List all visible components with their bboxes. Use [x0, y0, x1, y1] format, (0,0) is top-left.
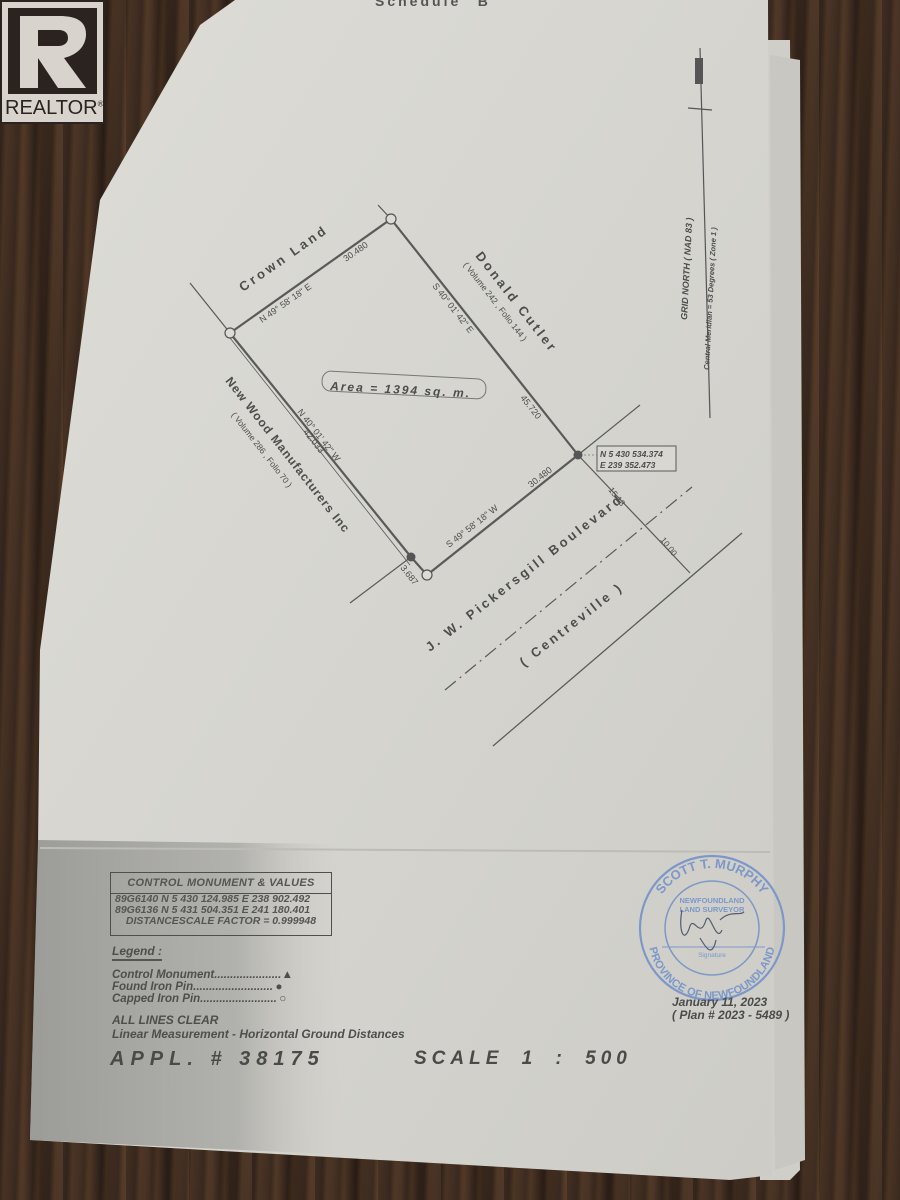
legend-item: Found Iron Pin .........................… — [112, 981, 405, 993]
legend-item: Capped Iron Pin ........................… — [112, 993, 405, 1005]
svg-text:Signature: Signature — [698, 952, 726, 959]
realtor-wordmark: REALTOR — [5, 97, 98, 119]
legend-item: Control Monument ..................... ▲ — [112, 969, 405, 981]
capped-iron-pin — [386, 214, 396, 224]
plan-number: ( Plan # 2023 - 5489 ) — [672, 1009, 789, 1022]
svg-text:N 5 430 534.374: N 5 430 534.374 — [600, 449, 663, 459]
application-number: APPL. # 38175 — [110, 1048, 325, 1071]
legend: Legend : Control Monument ..............… — [112, 942, 405, 1041]
svg-text:NEWFOUNDLAND: NEWFOUNDLAND — [680, 896, 746, 905]
plan-date: January 11, 2023 ( Plan # 2023 - 5489 ) — [672, 996, 789, 1022]
plan-scale: SCALE 1 : 500 — [414, 1048, 632, 1070]
found-iron-pin — [574, 451, 583, 460]
legend-label: Control Monument — [112, 969, 214, 981]
realtor-logo: REALTOR® — [0, 0, 105, 124]
svg-text:E 239 352.473: E 239 352.473 — [600, 460, 656, 470]
capped-iron-pin — [225, 328, 235, 338]
registered-mark: ® — [98, 99, 104, 108]
legend-label: Found Iron Pin — [112, 981, 193, 993]
filled-circle-icon: ● — [273, 981, 285, 993]
open-circle-icon: ○ — [277, 993, 289, 1005]
legend-label: Capped Iron Pin — [112, 993, 200, 1005]
triangle-icon: ▲ — [281, 969, 293, 981]
legend-title: Legend : — [112, 944, 162, 961]
control-box-title: CONTROL MONUMENT & VALUES — [111, 873, 331, 894]
svg-text:LAND SURVEYOR: LAND SURVEYOR — [680, 905, 745, 914]
control-monument-box: CONTROL MONUMENT & VALUES 89G6140 N 5 43… — [110, 872, 332, 936]
capped-iron-pin — [422, 570, 432, 580]
scale-factor: DISTANCESCALE FACTOR = 0.999948 — [111, 916, 331, 927]
corner-coordinates: N 5 430 534.374 E 239 352.473 — [584, 446, 676, 471]
note-linear-measurement: Linear Measurement - Horizontal Ground D… — [112, 1027, 405, 1041]
note-all-lines-clear: ALL LINES CLEAR — [112, 1013, 405, 1027]
realtor-r-icon — [8, 8, 97, 94]
found-iron-pin — [407, 553, 416, 562]
schedule-heading: Schedule "B" — [375, 0, 501, 9]
